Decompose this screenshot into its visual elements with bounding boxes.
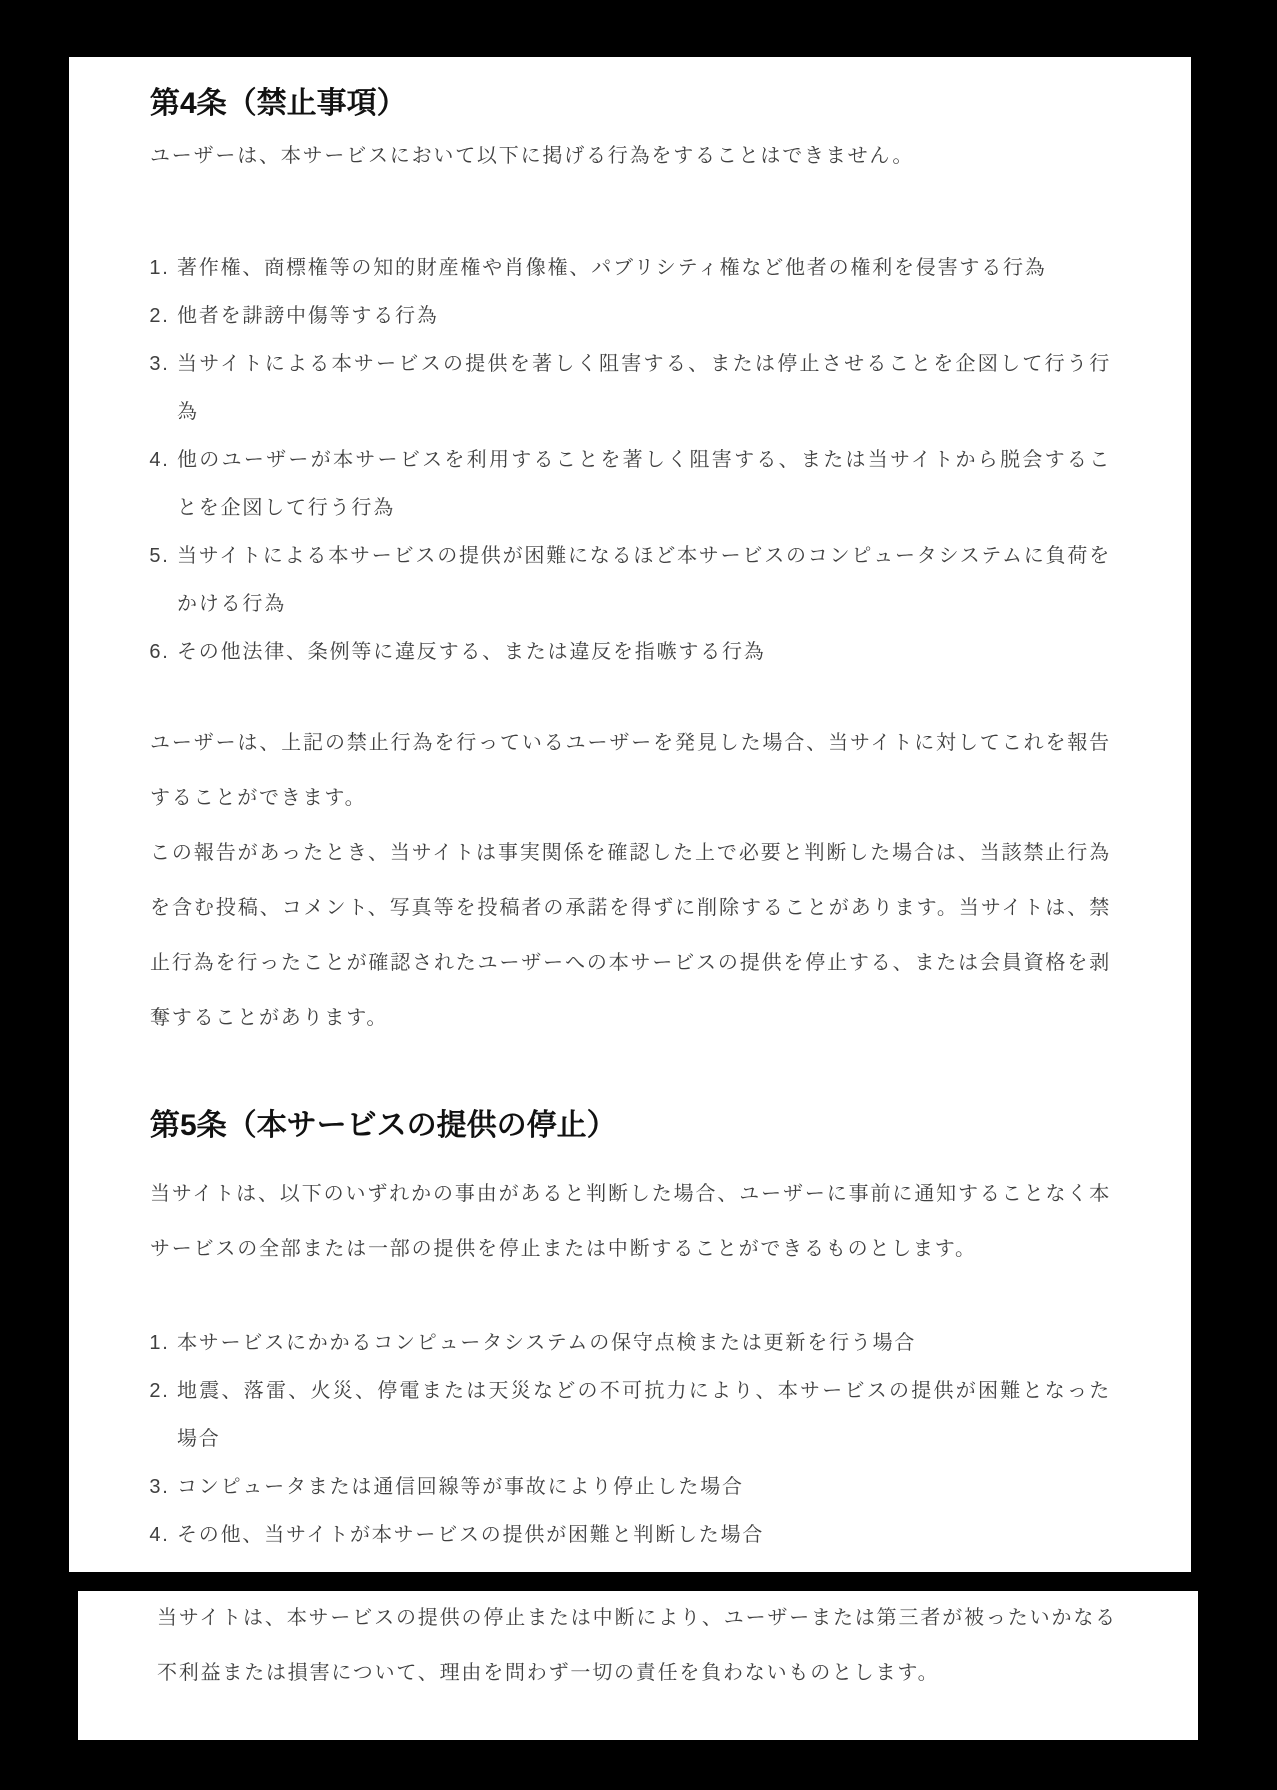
list-item: その他法律、条例等に違反する、または違反を指嗾する行為 [177,628,1111,676]
list-item: 他者を誹謗中傷等する行為 [177,292,1111,340]
list-item: その他、当サイトが本サービスの提供が困難と判断した場合 [177,1511,1111,1559]
document-page-1: 第4条（禁止事項） ユーザーは、本サービスにおいて以下に掲げる行為をすることはで… [69,57,1191,1572]
document-page-2: 当サイトは、本サービスの提供の停止または中断により、ユーザーまたは第三者が被った… [78,1591,1198,1740]
report-paragraph: ユーザーは、上記の禁止行為を行っているユーザーを発見した場合、当サイトに対してこ… [150,716,1111,826]
list-item: 本サービスにかかるコンピュータシステムの保守点検または更新を行う場合 [177,1319,1111,1367]
list-item: 当サイトによる本サービスの提供が困難になるほど本サービスのコンピュータシステムに… [177,532,1111,628]
enforcement-paragraph: この報告があったとき、当サイトは事実関係を確認した上で必要と判断した場合は、当該… [150,826,1111,1046]
disclaimer-paragraph: 当サイトは、本サービスの提供の停止または中断により、ユーザーまたは第三者が被った… [157,1591,1117,1701]
article-4-heading: 第4条（禁止事項） [150,84,1111,123]
article-5-intro: 当サイトは、以下のいずれかの事由があると判断した場合、ユーザーに事前に通知するこ… [150,1167,1111,1277]
article-4-intro: ユーザーは、本サービスにおいて以下に掲げる行為をすることはできません。 [150,129,1111,184]
prohibited-acts-list: 著作権、商標権等の知的財産権や肖像権、パブリシティ権など他者の権利を侵害する行為… [150,244,1111,676]
list-item: 当サイトによる本サービスの提供を著しく阻害する、または停止させることを企図して行… [177,340,1111,436]
suspension-causes-list: 本サービスにかかるコンピュータシステムの保守点検または更新を行う場合地震、落雷、… [150,1319,1111,1559]
list-item: 著作権、商標権等の知的財産権や肖像権、パブリシティ権など他者の権利を侵害する行為 [177,244,1111,292]
list-item: 地震、落雷、火災、停電または天災などの不可抗力により、本サービスの提供が困難とな… [177,1367,1111,1463]
terms-of-service-screen: { "colors": { "background": "#000000", "… [0,0,1277,1790]
list-item: コンピュータまたは通信回線等が事故により停止した場合 [177,1463,1111,1511]
list-item: 他のユーザーが本サービスを利用することを著しく阻害する、または当サイトから脱会す… [177,436,1111,532]
article-5-heading: 第5条（本サービスの提供の停止） [150,1106,1111,1145]
